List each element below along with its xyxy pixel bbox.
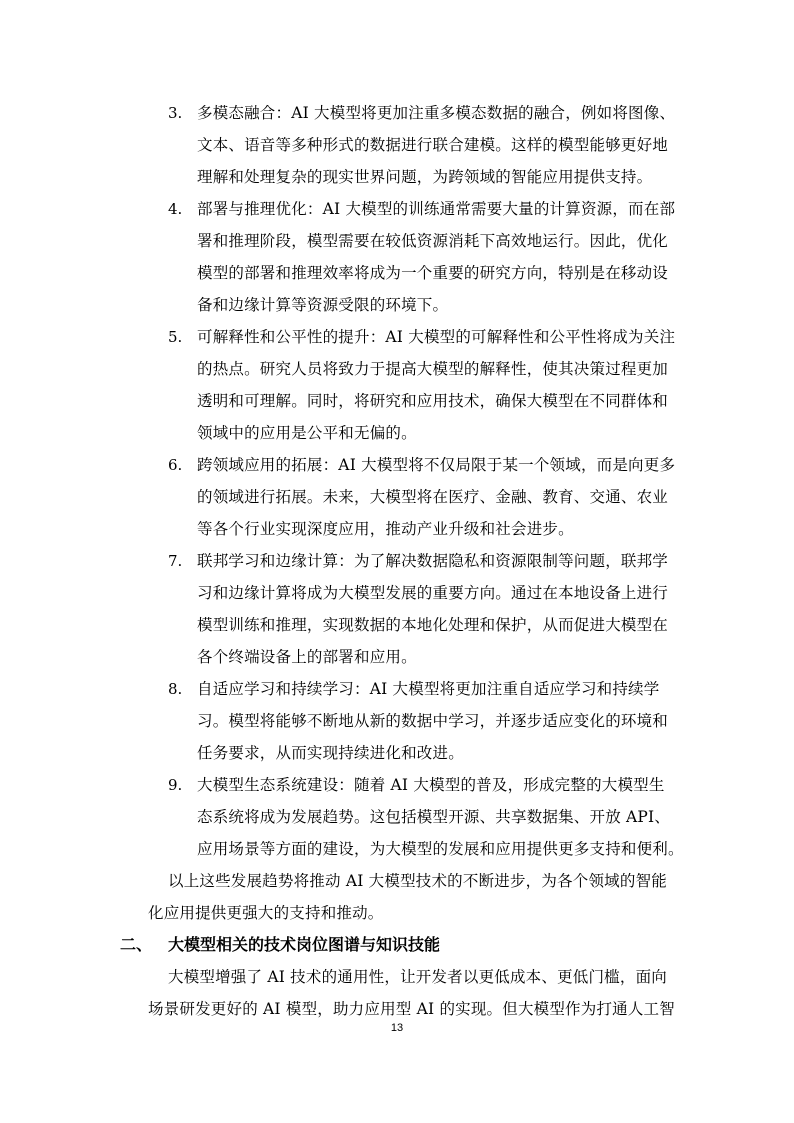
section-title: 大模型相关的技术岗位图谱与知识技能 — [168, 935, 440, 955]
list-item-line: 自适应学习和持续学习：AI 大模型将更加注重自适应学习和持续学 — [197, 679, 659, 699]
list-item-line: 领域中的应用是公平和无偏的。 — [197, 423, 417, 443]
paragraph-line: 大模型增强了 AI 技术的通用性，让开发者以更低成本、更低门槛，面向 — [168, 967, 667, 987]
page-number: 13 — [0, 1022, 794, 1034]
list-item-line: 的领域进行拓展。未来，大模型将在医疗、金融、教育、交通、农业 — [197, 487, 668, 507]
list-number: 4. — [168, 199, 182, 219]
list-item-line: 大模型生态系统建设：随着 AI 大模型的普及，形成完整的大模型生 — [197, 775, 665, 795]
document-page: 3. 多模态融合：AI 大模型将更加注重多模态数据的融合，例如将图像、 文本、语… — [0, 0, 794, 1123]
list-item-line: 理解和处理复杂的现实世界问题，为跨领域的智能应用提供支持。 — [197, 167, 652, 187]
list-item-line: 模型的部署和推理效率将成为一个重要的研究方向，特别是在移动设 — [197, 263, 668, 283]
paragraph-line: 化应用提供更强大的支持和推动。 — [148, 903, 384, 923]
list-item-line: 透明和可理解。同时，将研究和应用技术，确保大模型在不同群体和 — [197, 391, 668, 411]
list-item-line: 习和边缘计算将成为大模型发展的重要方向。通过在本地设备上进行 — [197, 583, 668, 603]
list-item-line: 的热点。研究人员将致力于提高大模型的解释性，使其决策过程更加 — [197, 359, 668, 379]
list-item-line: 署和推理阶段，模型需要在较低资源消耗下高效地运行。因此，优化 — [197, 231, 668, 251]
list-item-line: 等各个行业实现深度应用，推动产业升级和社会进步。 — [197, 519, 574, 539]
list-item-line: 部署与推理优化：AI 大模型的训练通常需要大量的计算资源，而在部 — [197, 199, 675, 219]
list-number: 9. — [168, 775, 182, 795]
list-item-line: 习。模型将能够不断地从新的数据中学习，并逐步适应变化的环境和 — [197, 711, 668, 731]
section-number: 二、 — [120, 935, 152, 955]
list-item-line: 态系统将成为发展趋势。这包括模型开源、共享数据集、开放 API、 — [197, 807, 670, 827]
list-number: 6. — [168, 455, 182, 475]
list-item-line: 跨领域应用的拓展：AI 大模型将不仅局限于某一个领域，而是向更多 — [197, 455, 675, 475]
list-number: 3. — [168, 103, 182, 123]
list-number: 5. — [168, 327, 182, 347]
paragraph-line: 场景研发更好的 AI 模型，助力应用型 AI 的实现。但大模型作为打通人工智 — [148, 999, 675, 1019]
list-item-line: 各个终端设备上的部署和应用。 — [197, 647, 417, 667]
list-number: 8. — [168, 679, 182, 699]
paragraph-line: 以上这些发展趋势将推动 AI 大模型技术的不断进步，为各个领域的智能 — [168, 871, 667, 891]
list-number: 7. — [168, 551, 182, 571]
list-item-line: 应用场景等方面的建设，为大模型的发展和应用提供更多支持和便利。 — [197, 839, 684, 859]
list-item-line: 任务要求，从而实现持续进化和改进。 — [197, 743, 464, 763]
list-item-line: 可解释性和公平性的提升：AI 大模型的可解释性和公平性将成为关注 — [197, 327, 675, 347]
list-item-line: 模型训练和推理，实现数据的本地化处理和保护，从而促进大模型在 — [197, 615, 668, 635]
list-item-line: 联邦学习和边缘计算：为了解决数据隐私和资源限制等问题，联邦学 — [197, 551, 668, 571]
list-item-line: 备和边缘计算等资源受限的环境下。 — [197, 295, 448, 315]
list-item-line: 多模态融合：AI 大模型将更加注重多模态数据的融合，例如将图像、 — [197, 103, 675, 123]
list-item-line: 文本、语音等多种形式的数据进行联合建模。这样的模型能够更好地 — [197, 135, 668, 155]
